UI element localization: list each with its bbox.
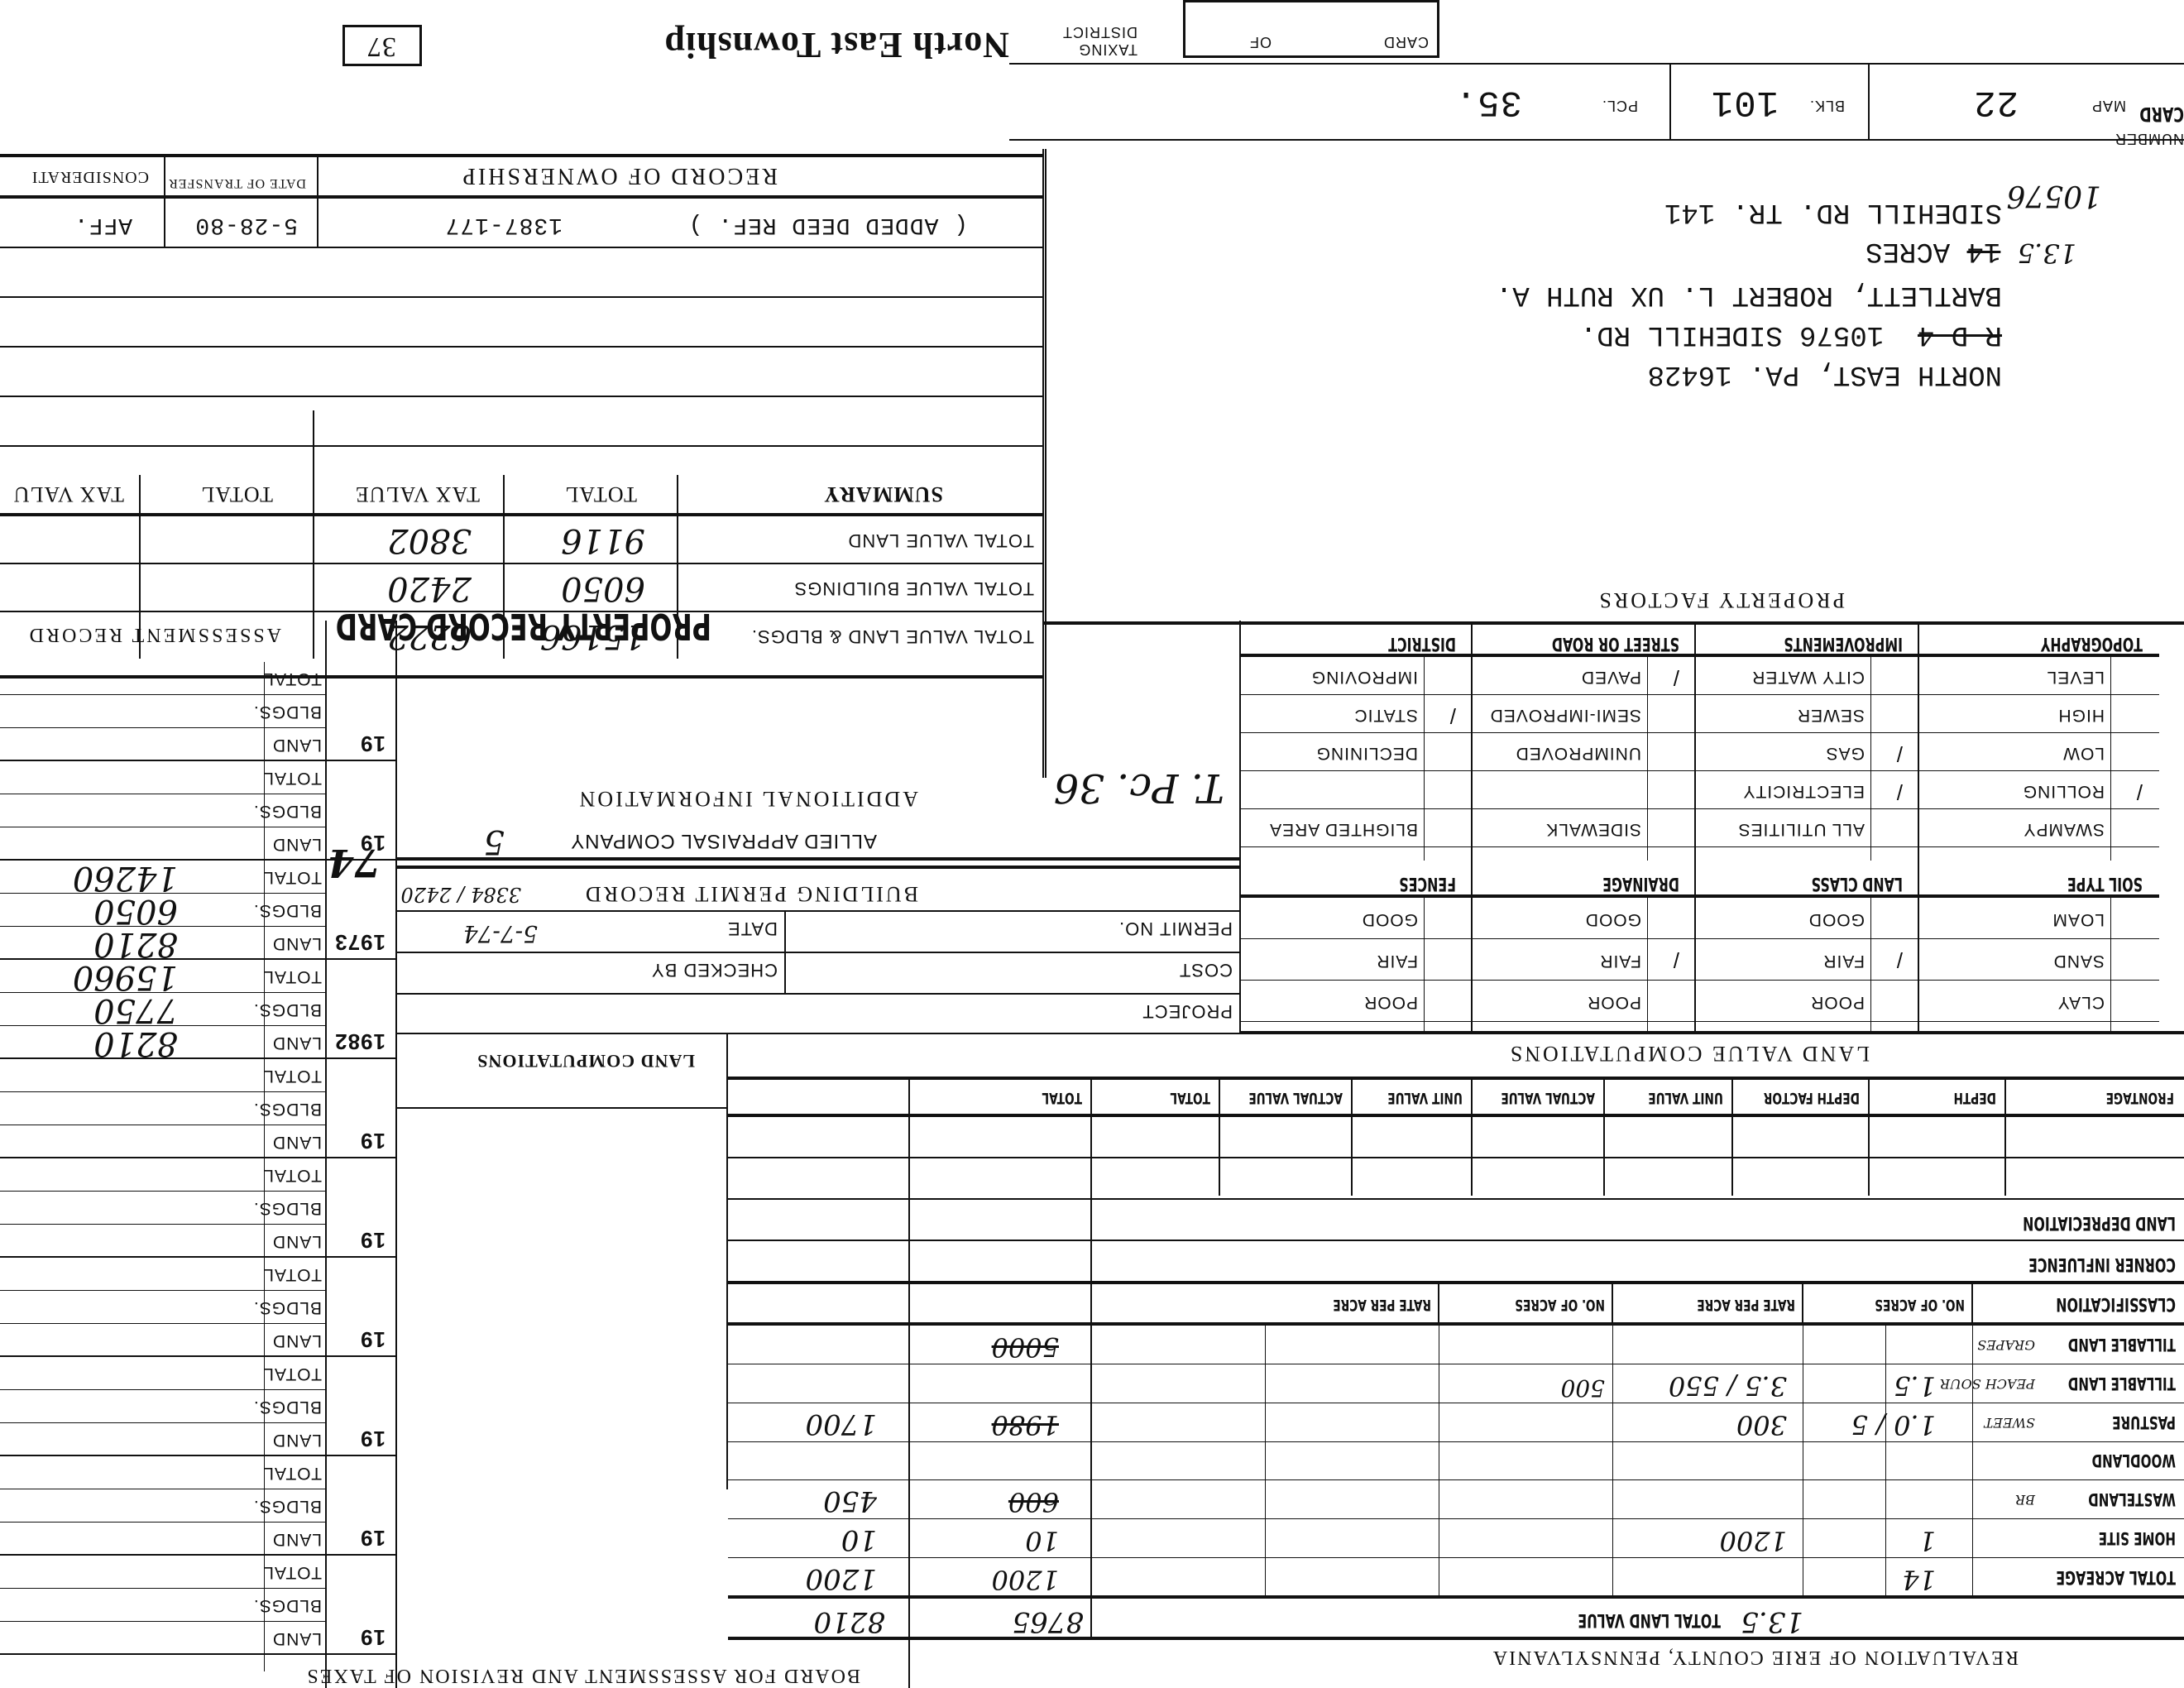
assessment-year: 19 [360,1227,386,1253]
assessment-row: BLDGS. [0,1589,327,1622]
classification-row: TOTAL ACREAGE1412001200 [728,1558,2184,1597]
factor-item: DECLINING [1241,733,1423,771]
factor-item: CITY WATER [1696,657,1870,695]
assessment-row: LAND [0,1523,327,1556]
permit-handwritten-number: 3384 / 2420 [401,883,522,906]
permit-no-label: PERMIT NO. [1118,918,1233,939]
classification-row: TILLABLE LANDGRAPES5000 [728,1326,2184,1364]
soil-item: GOOD [1473,898,1646,939]
column-header: UNIT VALUE [1605,1080,1733,1117]
assessment-row: BLDGS. [0,794,327,827]
ownership-title: RECORD OF OWNERSHIP [460,162,778,189]
card-of-box: CARD OF [1183,0,1439,58]
soil-header: DRAINAGE [1602,873,1679,894]
assessment-row: BLDGS. [0,1291,327,1324]
ownership-row: ( ADDED DEED REF. ) 1387-177 5-28-80 AFF… [0,199,1042,244]
assessment-row: TOTAL14260 [0,861,327,894]
factor-item: ELECTRICITY [1696,771,1870,809]
check-mark-icon: / [1897,947,1903,972]
assessment-row: LAND [0,1423,327,1456]
classification-row: HOME SITE112001010 [728,1519,2184,1558]
assessment-row: BLDGS.7750 [0,993,327,1026]
soil-item: POOR [1696,981,1870,1022]
allied-mark: 5 [484,822,505,861]
soil-item: FAIR [1696,939,1870,981]
owner-block: 10576 SIDEHILL RD. TR. 141 13.5 14 ACRES… [1274,174,2101,422]
assessment-row: TOTAL [0,662,327,695]
side-note: 74 [328,841,381,885]
check-mark-icon: / [1897,741,1903,766]
soil-header: FENCES [1399,873,1456,894]
assessment-row: BLDGS. [0,1092,327,1125]
assessment-row: TOTAL15960 [0,960,327,993]
check-mark-icon: / [2137,779,2143,804]
soil-item: GOOD [1696,898,1870,939]
assessment-year: 19 [360,1525,386,1551]
assessment-row: BLDGS. [0,1489,327,1523]
date-of-transfer-header: DATE OF TRANSFER [168,175,306,190]
factor-item: SWAMPY [1919,809,2110,847]
assessment-year: 19 [360,1128,386,1153]
corner-influence-label: CORNER INFLUENCE [2028,1254,2176,1274]
factor-header: TOPOGRAPHY [2041,633,2143,654]
additional-information-title: ADDITIONAL INFORMATION [577,786,918,811]
factor-header: STREET OR ROAD [1552,633,1679,654]
factor-item: LOW [1919,733,2110,771]
permit-date-value: 5-7-74 [463,920,538,947]
assessment-row: LAND8210 [0,927,327,960]
blk-field: BLK. 101 [1671,60,1870,126]
soil-item: POOR [1473,981,1646,1022]
class-header: NO. OF ACRES [1875,1296,1965,1314]
land-computations-title: LAND COMPUTATIONS [477,1050,695,1072]
permit-date-label: DATE [727,918,778,939]
land-value-title: LAND VALUE COMPUTATIONS [1508,1041,1870,1066]
soil-header: SOIL TYPE [2067,873,2143,894]
soil-item: POOR [1241,981,1423,1022]
soil-item: FAIR [1473,939,1646,981]
factor-item: STATIC [1241,695,1423,733]
factor-item: BLIGHTED AREA [1241,809,1423,847]
column-header: FRONTAGE [2006,1080,2184,1117]
assessment-row: TOTAL [0,761,327,794]
pcl-field: PCL. 35. [1009,60,1671,126]
property-factors-title: PROPERTY FACTORS [1597,587,1845,612]
page-number-box: 37 [342,25,422,66]
classification-header: CLASSIFICATIONNO. OF ACRESRATE PER ACREN… [728,1284,2184,1324]
check-mark-icon: / [1897,779,1903,804]
map-field: MAP 22 [1861,60,2176,126]
column-header: ACTUAL VALUE [1473,1080,1605,1117]
check-mark-icon: / [1674,664,1679,690]
assessment-year: 1973 [334,929,386,955]
factor-header: IMPROVEMENTS [1784,633,1903,654]
assessment-row: LAND [0,1125,327,1158]
class-header: NO. OF ACRES [1515,1296,1605,1314]
additional-note: T. Pc. 36 [1054,765,1224,811]
assessment-year: 19 [360,1426,386,1451]
assessment-row: BLDGS. [0,695,327,728]
assessment-row: TOTAL [0,1158,327,1192]
assessment-row: LAND [0,728,327,761]
factor-header: DISTRICT [1388,633,1456,654]
land-depreciation-label: LAND DEPRECIATION [2023,1212,2176,1233]
assessment-year: 19 [360,1624,386,1650]
factor-item [1473,771,1646,809]
assessment-year: 19 [360,731,386,756]
assessment-row: BLDGS.6050 [0,894,327,927]
column-header: ACTUAL VALUE [1220,1080,1353,1117]
class-header: RATE PER ACRE [1697,1296,1795,1314]
soil-item: GOOD [1241,898,1423,939]
allied-appraisal-label: ALLIED APPRAISAL COMPANY [570,829,877,852]
soil-item: CLAY [1919,981,2110,1022]
taxing-district-label: TAXING DISTRICT [1038,23,1137,58]
township-name: North East Township [663,24,1009,66]
total-land-value-row: 13.5 TOTAL LAND VALUE 8765 8210 [728,1599,2184,1638]
classification-label: CLASSIFICATION [2056,1293,2176,1314]
factor-item: GAS [1696,733,1870,771]
assessment-row: LAND [0,1324,327,1357]
column-header: DEPTH [1870,1080,2006,1117]
factor-item: LEVEL [1919,657,2110,695]
revaluation-title: REVALUATION OF ERIE COUNTY, PENNSYLVANIA [1492,1646,2019,1668]
checked-by-label: CHECKED BY [651,959,778,981]
assessment-row: BLDGS. [0,1390,327,1423]
check-mark-icon: / [1674,947,1679,972]
classification-row: TILLABLE LANDPEACH SOUR1.53.5 / 550500 [728,1364,2184,1403]
factor-item: UNIMPROVED [1473,733,1646,771]
factor-item: ROLLING [1919,771,2110,809]
factor-item: SEWER [1696,695,1870,733]
assessment-row: TOTAL [0,1456,327,1489]
card-title: PROPERTY RECORD CARD [336,605,711,647]
classification-rows: TILLABLE LANDGRAPES5000TILLABLE LANDPEAC… [728,1326,2184,1597]
factor-item: ALL UTILITIES [1696,809,1870,847]
soil-item: SAND [1919,939,2110,981]
consideration-header: CONSIDERATI [31,167,149,186]
column-header: TOTAL [910,1080,1092,1117]
assessment-row: TOTAL [0,1059,327,1092]
soil-item: FAIR [1241,939,1423,981]
soil-item: LOAM [1919,898,2110,939]
assessment-year: 19 [360,1326,386,1352]
assessment-grid: 19LANDBLDGS.TOTAL19LANDBLDGS.TOTAL1973LA… [0,662,397,1671]
summary-row: TOTAL VALUE BUILDINGS 6050 2420 [0,564,1042,611]
assessment-row: LAND [0,827,327,861]
class-header: RATE PER ACRE [1333,1296,1431,1314]
assessment-row: LAND8210 [0,1026,327,1059]
column-header: UNIT VALUE [1353,1080,1473,1117]
classification-row: PASTURESWEET1.0 / 530019801700 [728,1403,2184,1442]
factor-item: SEMI-IMPROVED [1473,695,1646,733]
column-header: TOTAL [1092,1080,1220,1117]
factor-item: IMPROVING [1241,657,1423,695]
column-header: DEPTH FACTOR [1733,1080,1870,1117]
assessment-row: LAND [0,1622,327,1655]
classification-row: WOODLAND [728,1442,2184,1481]
property-factors-grid: TOPOGRAPHYLEVELHIGHLOWROLLING/SWAMPYIMPR… [1241,625,2159,861]
assessment-row: TOTAL [0,1357,327,1390]
summary-row: TOTAL VALUE LAND 9116 3802 [0,516,1042,563]
summary-table: SUMMARY TOTAL TAX VALUE TOTAL TAX VALU T… [0,480,1042,679]
assessment-row: TOTAL [0,1258,327,1291]
assessment-row: BLDGS. [0,1192,327,1225]
factor-item: HIGH [1919,695,2110,733]
land-value-header: FRONTAGEDEPTHDEPTH FACTORUNIT VALUEACTUA… [728,1080,2184,1117]
soil-grid: SOIL TYPELOAMSANDCLAYLAND CLASSGOODFAIR/… [1241,861,2159,1034]
check-mark-icon: / [1450,703,1456,728]
factor-item [1241,771,1423,809]
assessment-row: LAND [0,1225,327,1258]
building-permit-title: BUILDING PERMIT RECORD [583,881,918,906]
classification-row: WASTELANDBR600450 [728,1480,2184,1519]
project-label: PROJECT [1142,1000,1233,1022]
property-record-card: CARD NUMBER MAP 22 BLK. 101 PCL. 35. CAR… [0,0,2184,1688]
factor-item: SIDEWALK [1473,809,1646,847]
assessment-row: TOTAL [0,1556,327,1589]
cost-label: COST [1179,959,1233,981]
assessment-record-title: ASSESSMENT RECORD [27,623,281,645]
factor-item: PAVED [1473,657,1646,695]
soil-header: LAND CLASS [1812,873,1903,894]
assessment-year: 1982 [334,1029,386,1054]
